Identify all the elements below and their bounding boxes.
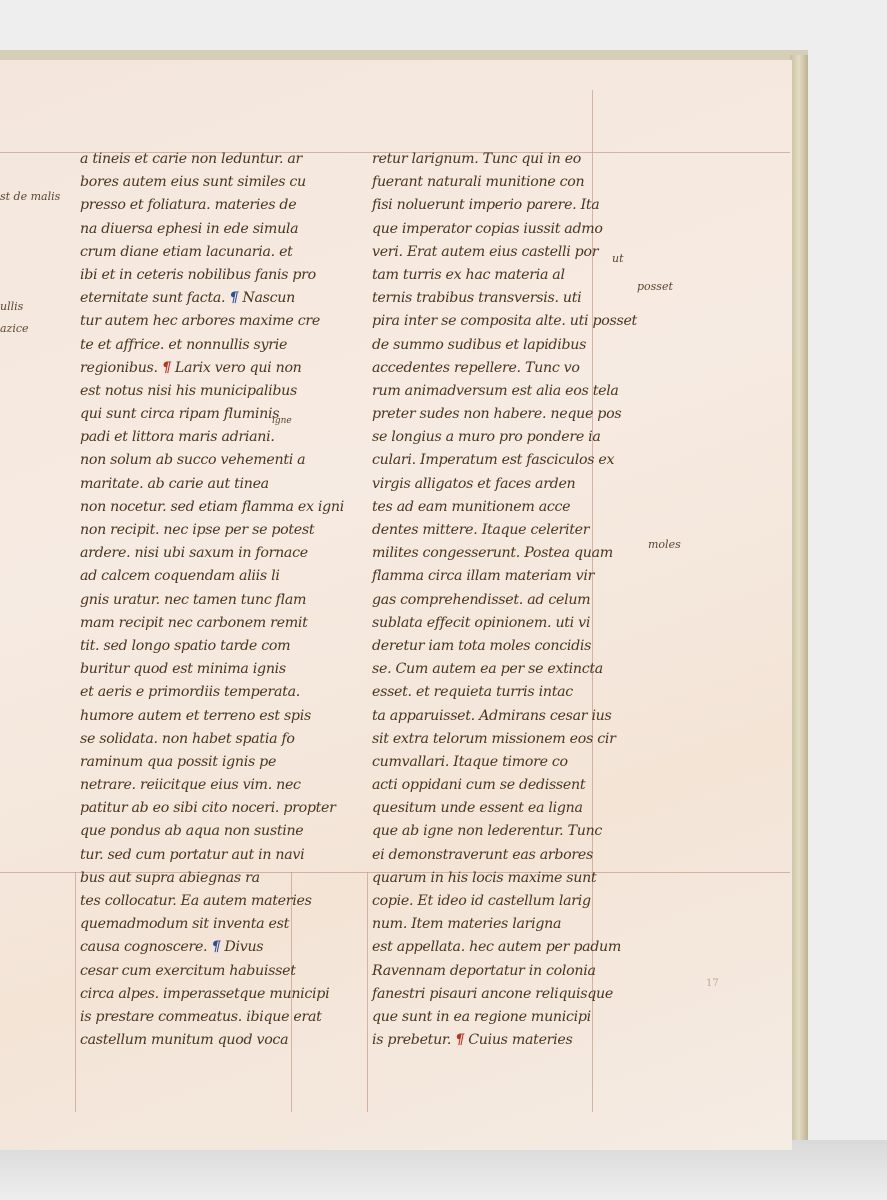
marginal-note-left-3: azice: [0, 322, 29, 335]
text-line: ad calcem coquendam aliis li: [80, 565, 344, 588]
text-line: que ab igne non lederentur. Tunc: [372, 820, 637, 843]
paragraph-mark-icon: ¶: [229, 290, 238, 306]
text-line: a tineis et carie non leduntur. ar: [80, 148, 344, 171]
marginal-note-posset: posset: [637, 280, 673, 293]
marginal-note-moles: moles: [648, 538, 681, 551]
text-line: deretur iam tota moles concidis: [372, 635, 637, 658]
text-line: ardere. nisi ubi saxum in fornace: [80, 542, 344, 565]
text-line: padi et littora maris adriani.: [80, 426, 344, 449]
text-line: presso et foliatura. materies de: [80, 194, 344, 217]
text-line: et aeris e primordiis temperata.: [80, 681, 344, 704]
text-line: non solum ab succo vehementi a: [80, 449, 344, 472]
paragraph-mark-icon: ¶: [211, 939, 220, 955]
text-line: tur autem hec arbores maxime cre: [80, 310, 344, 333]
text-line: tit. sed longo spatio tarde com: [80, 635, 344, 658]
text-line: que imperator copias iussit admo: [372, 218, 637, 241]
text-line: culari. Imperatum est fasciculos ex: [372, 449, 637, 472]
text-line: quesitum unde essent ea ligna: [372, 797, 637, 820]
text-line: non recipit. nec ipse per se potest: [80, 519, 344, 542]
text-line: bus aut supra abiegnas ra: [80, 867, 344, 890]
manuscript-page: a tineis et carie non leduntur. arbores …: [0, 60, 792, 1150]
text-line: quarum in his locis maxime sunt: [372, 867, 637, 890]
text-line: eternitate sunt facta. ¶ Nascun: [80, 287, 344, 310]
marginal-note-left-2: ullis: [0, 300, 23, 313]
text-line: raminum qua possit ignis pe: [80, 751, 344, 774]
text-line: sit extra telorum missionem eos cir: [372, 728, 637, 751]
text-line: se solidata. non habet spatia fo: [80, 728, 344, 751]
text-line: castellum munitum quod voca: [80, 1029, 344, 1052]
text-line: is prestare commeatus. ibique erat: [80, 1006, 344, 1029]
text-line: est appellata. hec autem per padum: [372, 936, 637, 959]
text-line: dentes mittere. Itaque celeriter: [372, 519, 637, 542]
text-line: fanestri pisauri ancone reliquisque: [372, 983, 637, 1006]
marginal-note-left-1: st de malis: [0, 190, 60, 203]
text-line: Ravennam deportatur in colonia: [372, 960, 637, 983]
interlinear-ut: ut: [612, 252, 624, 265]
text-line: esset. et requieta turris intac: [372, 681, 637, 704]
text-line: fuerant naturali munitione con: [372, 171, 637, 194]
text-line: flamma circa illam materiam vir: [372, 565, 637, 588]
text-line: pira inter se composita alte. uti posset: [372, 310, 637, 333]
text-line: gas comprehendisset. ad celum: [372, 589, 637, 612]
text-line: sublata effecit opinionem. uti vi: [372, 612, 637, 635]
text-column-left: a tineis et carie non leduntur. arbores …: [80, 148, 344, 1052]
text-line: mam recipit nec carbonem remit: [80, 612, 344, 635]
text-line: ta apparuisset. Admirans cesar ius: [372, 705, 637, 728]
text-line: retur larignum. Tunc qui in eo: [372, 148, 637, 171]
text-line: causa cognoscere. ¶ Divus: [80, 936, 344, 959]
text-line: maritate. ab carie aut tinea: [80, 473, 344, 496]
text-line: is prebetur. ¶ Cuius materies: [372, 1029, 637, 1052]
text-column-right: retur larignum. Tunc qui in eofuerant na…: [372, 148, 637, 1052]
text-line: quemadmodum sit inventa est: [80, 913, 344, 936]
text-line: tur. sed cum portatur aut in navi: [80, 844, 344, 867]
text-line: rum animadversum est alia eos tela: [372, 380, 637, 403]
text-line: crum diane etiam lacunaria. et: [80, 241, 344, 264]
interlinear-igne: igne: [272, 416, 292, 426]
text-line: regionibus. ¶ Larix vero qui non: [80, 357, 344, 380]
text-line: tes collocatur. Ea autem materies: [80, 890, 344, 913]
text-line: bores autem eius sunt similes cu: [80, 171, 344, 194]
text-line: se longius a muro pro pondere ia: [372, 426, 637, 449]
text-line: ibi et in ceteris nobilibus fanis pro: [80, 264, 344, 287]
text-line: ei demonstraverunt eas arbores: [372, 844, 637, 867]
foliation-number: 17: [706, 978, 719, 989]
text-line: tes ad eam munitionem acce: [372, 496, 637, 519]
text-line: copie. Et ideo id castellum larig: [372, 890, 637, 913]
text-line: patitur ab eo sibi cito noceri. propter: [80, 797, 344, 820]
text-line: qui sunt circa ripam fluminis: [80, 403, 344, 426]
text-line: circa alpes. imperassetque municipi: [80, 983, 344, 1006]
text-line: te et affrice. et nonnullis syrie: [80, 334, 344, 357]
text-line: cumvallari. Itaque timore co: [372, 751, 637, 774]
text-line: non nocetur. sed etiam flamma ex igni: [80, 496, 344, 519]
text-line: que pondus ab aqua non sustine: [80, 820, 344, 843]
text-line: se. Cum autem ea per se extincta: [372, 658, 637, 681]
ruling-right-outer: [367, 872, 368, 1112]
text-line: accedentes repellere. Tunc vo: [372, 357, 637, 380]
text-line: humore autem et terreno est spis: [80, 705, 344, 728]
text-line: num. Item materies larigna: [372, 913, 637, 936]
text-line: milites congesserunt. Postea quam: [372, 542, 637, 565]
text-line: de summo sudibus et lapidibus: [372, 334, 637, 357]
text-line: gnis uratur. nec tamen tunc flam: [80, 589, 344, 612]
ruling-left-outer: [75, 872, 76, 1112]
text-line: fisi noluerunt imperio parere. Ita: [372, 194, 637, 217]
text-line: veri. Erat autem eius castelli por: [372, 241, 637, 264]
text-line: buritur quod est minima ignis: [80, 658, 344, 681]
text-line: preter sudes non habere. neque pos: [372, 403, 637, 426]
page-edges: [790, 55, 808, 1140]
text-line: na diuersa ephesi in ede simula: [80, 218, 344, 241]
text-line: cesar cum exercitum habuisset: [80, 960, 344, 983]
text-line: est notus nisi his municipalibus: [80, 380, 344, 403]
paragraph-mark-icon: ¶: [162, 360, 171, 376]
text-line: virgis alligatos et faces arden: [372, 473, 637, 496]
text-line: ternis trabibus transversis. uti: [372, 287, 637, 310]
paragraph-mark-icon: ¶: [455, 1032, 464, 1048]
text-line: acti oppidani cum se dedissent: [372, 774, 637, 797]
text-line: netrare. reiicitque eius vim. nec: [80, 774, 344, 797]
text-line: tam turris ex hac materia al: [372, 264, 637, 287]
text-line: que sunt in ea regione municipi: [372, 1006, 637, 1029]
